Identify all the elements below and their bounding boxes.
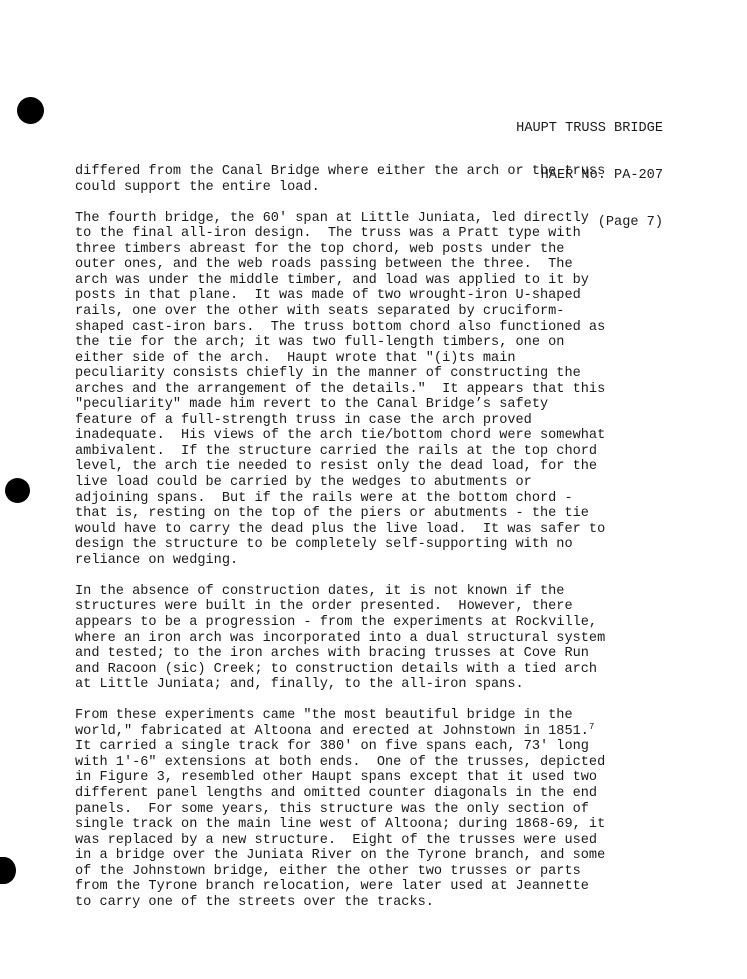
text-line: structures were built in the order prese… (75, 599, 695, 615)
text-line: different panel lengths and omitted coun… (75, 786, 695, 802)
text-line: arches and the arrangement of the detail… (75, 382, 695, 398)
text-line: in a bridge over the Juniata River on th… (75, 848, 695, 864)
text-line: In the absence of construction dates, it… (75, 584, 695, 600)
text-line: of the Johnstown bridge, either the othe… (75, 864, 695, 880)
text-line: peculiarity consists chiefly in the mann… (75, 366, 695, 382)
text-line: and tested; to the iron arches with brac… (75, 646, 695, 662)
punch-hole-bottom (0, 857, 16, 884)
text-line: where an iron arch was incorporated into… (75, 631, 695, 647)
text-line: could support the entire load. (75, 180, 695, 196)
text-line: adjoining spans. But if the rails were a… (75, 491, 695, 507)
text-line: with 1′-6" extensions at both ends. One … (75, 755, 695, 771)
text-line: The fourth bridge, the 60′ span at Littl… (75, 211, 695, 227)
text-line: design the structure to be completely se… (75, 537, 695, 553)
text-line: to carry one of the streets over the tra… (75, 895, 695, 911)
text-line: at Little Juniata; and, finally, to the … (75, 677, 695, 693)
text-line: "peculiarity" made him revert to the Can… (75, 397, 695, 413)
text-line: ambivalent. If the structure carried the… (75, 444, 695, 460)
text-line: live load could be carried by the wedges… (75, 475, 695, 491)
paragraph: The fourth bridge, the 60′ span at Littl… (75, 211, 695, 569)
document-title: HAUPT TRUSS BRIDGE (516, 121, 663, 137)
text-line: outer ones, and the web roads passing be… (75, 257, 695, 273)
text-line: rails, one over the other with seats sep… (75, 304, 695, 320)
text-line: level, the arch tie needed to resist onl… (75, 459, 695, 475)
text-line: that is, resting on the top of the piers… (75, 506, 695, 522)
text-line: three timbers abreast for the top chord,… (75, 242, 695, 258)
text-line: single track on the main line west of Al… (75, 817, 695, 833)
text-line: world," fabricated at Altoona and erecte… (75, 724, 695, 740)
text-line: posts in that plane. It was made of two … (75, 288, 695, 304)
text-line: appears to be a progression - from the e… (75, 615, 695, 631)
paragraph: From these experiments came "the most be… (75, 708, 695, 910)
text-line: in Figure 3, resembled other Haupt spans… (75, 770, 695, 786)
paragraph: differed from the Canal Bridge where eit… (75, 164, 695, 195)
document-body: differed from the Canal Bridge where eit… (75, 164, 695, 926)
text-line: feature of a full-strength truss in case… (75, 413, 695, 429)
footnote-marker: 7 (589, 722, 594, 732)
paragraph: In the absence of construction dates, it… (75, 584, 695, 693)
text-line: was replaced by a new structure. Eight o… (75, 833, 695, 849)
text-line: from the Tyrone branch relocation, were … (75, 879, 695, 895)
punch-hole-top (17, 97, 44, 124)
text-line: and Racoon (sic) Creek; to construction … (75, 662, 695, 678)
text-line: inadequate. His views of the arch tie/bo… (75, 428, 695, 444)
text-line: would have to carry the dead plus the li… (75, 522, 695, 538)
text-line: the tie for the arch; it was two full-le… (75, 335, 695, 351)
text-line: It carried a single track for 380′ on fi… (75, 739, 695, 755)
text-line: differed from the Canal Bridge where eit… (75, 164, 695, 180)
text-line: reliance on wedging. (75, 553, 695, 569)
punch-hole-middle (5, 478, 30, 503)
text-line: arch was under the middle timber, and lo… (75, 273, 695, 289)
text-line: either side of the arch. Haupt wrote tha… (75, 351, 695, 367)
text-line: panels. For some years, this structure w… (75, 802, 695, 818)
text-line: shaped cast-iron bars. The truss bottom … (75, 320, 695, 336)
text-line: From these experiments came "the most be… (75, 708, 695, 724)
text-line: to the final all-iron design. The truss … (75, 226, 695, 242)
